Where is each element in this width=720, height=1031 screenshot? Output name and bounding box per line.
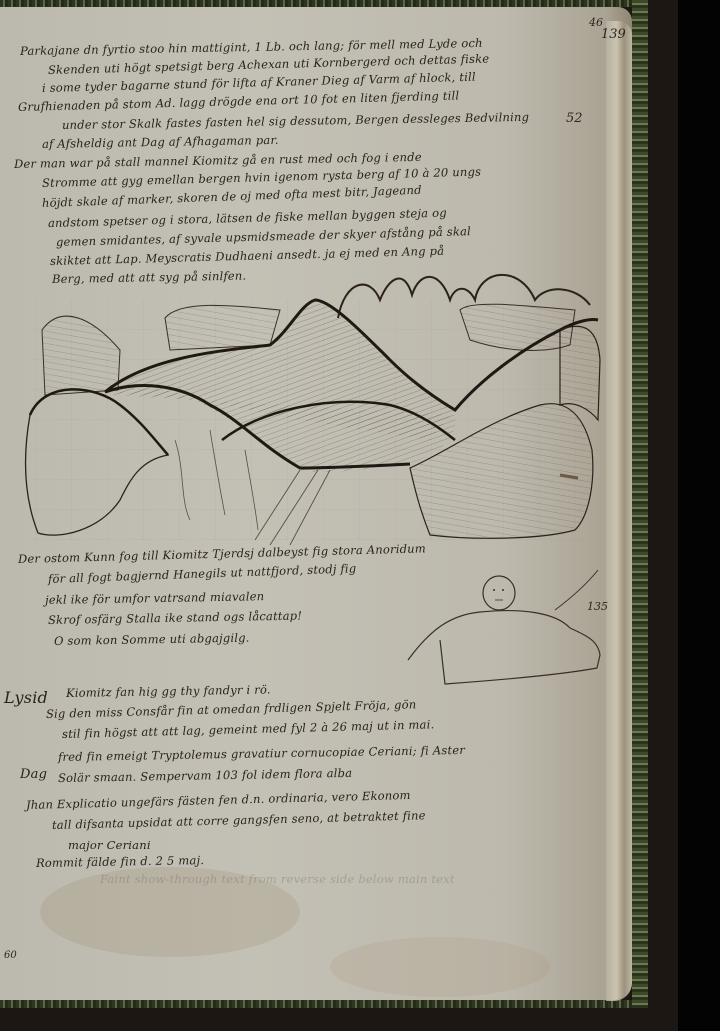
bleed-line: Faint show-through text from reverse sid…: [100, 872, 455, 886]
handwritten-line: major Ceriani: [68, 838, 151, 852]
figure-sketch: [408, 570, 600, 684]
handwritten-line: Rommit fälde fin d. 2 5 maj.: [36, 853, 204, 870]
margin-label: Lysid: [4, 688, 48, 707]
margin-label: Dag: [20, 767, 47, 782]
